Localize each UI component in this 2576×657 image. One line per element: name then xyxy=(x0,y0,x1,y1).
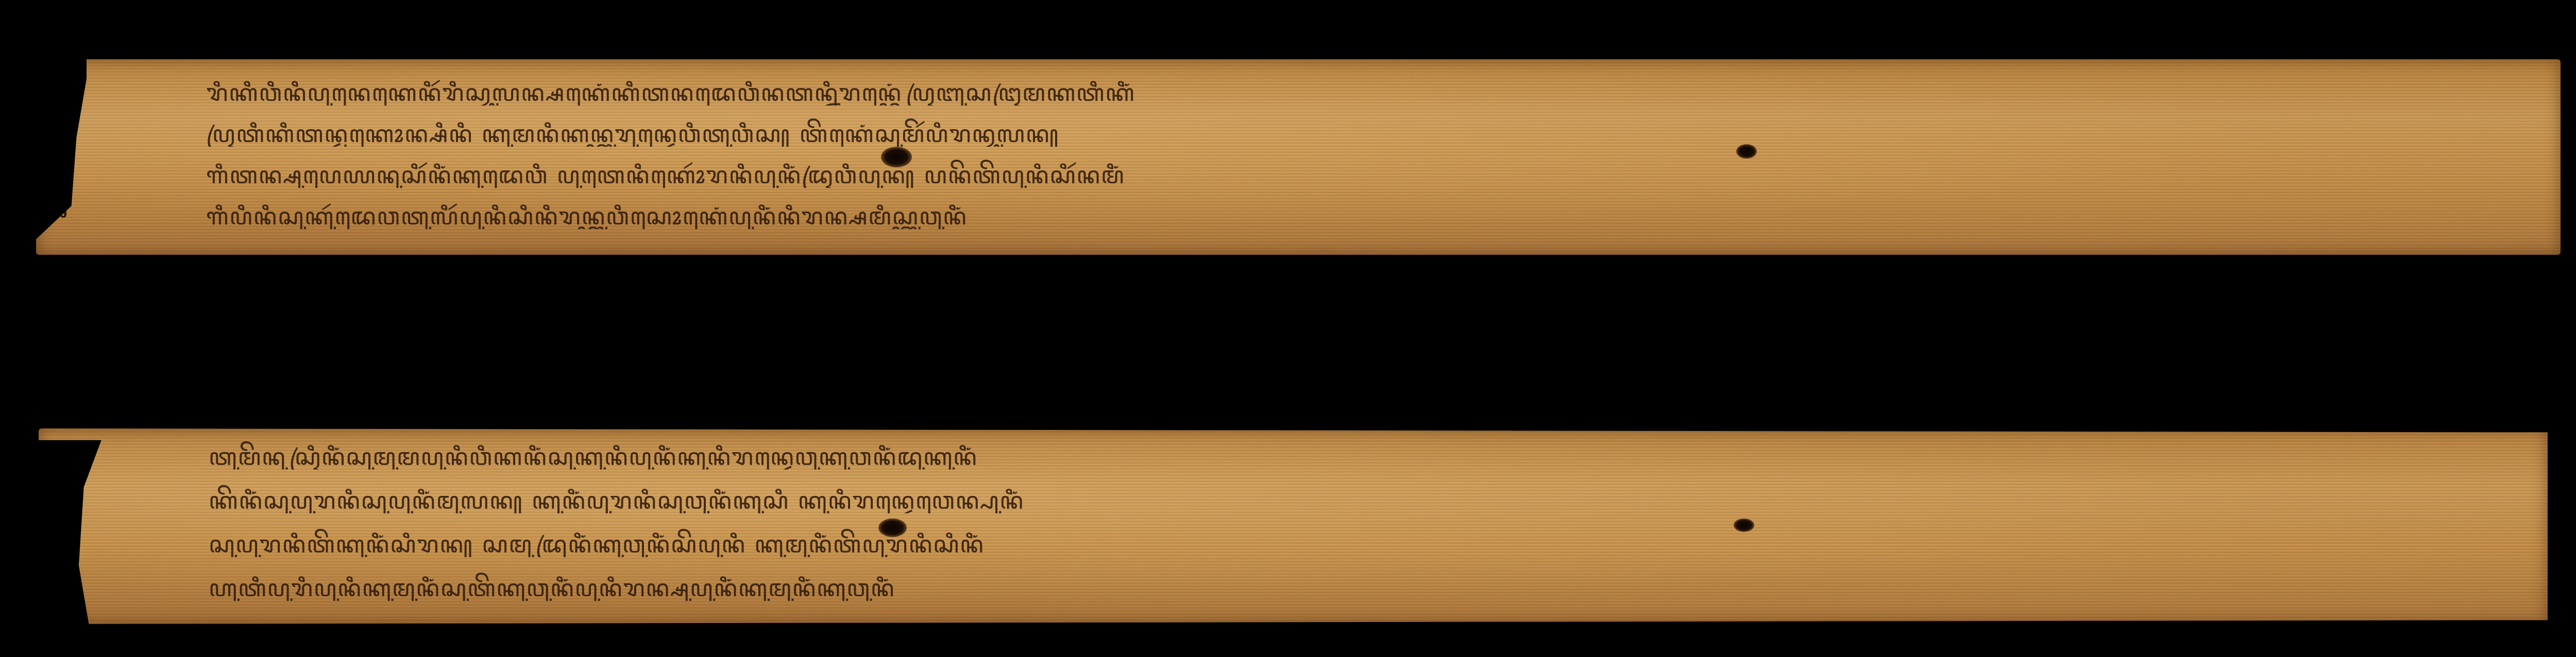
text-line-3: ꦱꦸꦥꦸꦫꦤꦶꦠꦼꦏꦸꦤꦶꦁꦱꦶꦫꦤ꧀ ꦱꦩꦸꦢꦿꦸꦤꦶꦁꦏꦸꦮꦸꦤꦶꦁꦱꦼꦥꦸ… xyxy=(209,526,2527,557)
binding-hole-right xyxy=(1736,144,1757,159)
page-marker: ៤ xyxy=(57,118,78,164)
text-line-2: ꦏꦼꦤꦶꦁꦱꦸꦥꦸꦫꦤꦶꦱꦸꦥꦸꦤꦶꦁꦩꦸꦭꦤ꧀ ꦏꦸꦤꦶꦁꦥꦸꦫꦤꦶꦱꦸꦮꦸꦤ… xyxy=(209,482,2527,513)
binding-hole-right xyxy=(1734,518,1754,532)
text-line-3: ꦒꦶꦠꦤ꧀ꦱꦸꦥꦺꦪꦤꦸꦱꦶꦂꦤꦶꦁꦏꦸꦢꦺꦮꦶ ꦥꦸꦠꦺꦤꦶꦏꦺꦴꦂꦫꦤꦶꦥꦸ… xyxy=(206,157,2545,188)
text-line-2: ꦥꦿꦠꦶꦏꦶꦠꦤ꧀ꦢꦸꦏꦺꦴꦤ꧀ꦱꦶꦤꦶ ꦏꦸꦩꦤꦶꦏꦤ꧀ꦏꦸꦫꦸꦤ꧀ꦢꦺꦮꦶꦠ… xyxy=(206,116,2545,147)
binding-hole-left xyxy=(881,147,912,167)
page-marker-secondary: ว xyxy=(52,183,69,232)
text-line-1: ꦫꦶꦏꦶꦮꦶꦤꦶꦥꦸꦤꦺꦏꦺꦤꦶꦂꦫꦶꦱ꧀ꦮꦸꦭꦤ꧀ꦱꦏꦺꦁꦏꦶꦠꦤꦢꦺꦮꦶꦤꦠ… xyxy=(206,75,2545,106)
text-line-4: ꦒꦶꦥꦶꦤꦶꦱꦸꦏꦸꦂꦢꦺꦮꦠꦸꦭꦶꦂꦥꦸꦤꦶꦱꦶꦤꦶꦫꦤ꧀ꦏꦸꦮꦶꦱꦺꦴꦏꦺꦁ… xyxy=(206,198,2545,229)
binding-hole-left xyxy=(878,518,907,537)
text-line-4: ꦲꦸꦠꦶꦥꦸꦫꦶꦥꦸꦤꦶꦏꦸꦩꦸꦤꦶꦁꦱꦸꦠꦼꦏꦸꦮꦸꦤꦶꦁꦥꦸꦤꦶꦫꦤ꧀ꦱꦸꦥ… xyxy=(209,570,2527,601)
palm-leaf-bottom: ꦠꦸꦩꦼꦤꦸꦱꦿꦶꦤꦶꦁꦱꦸꦩꦸꦩꦥꦸꦤꦶꦮꦶꦏꦤꦶꦁꦱꦸꦏꦸꦤꦶꦥꦸꦤꦶꦁꦏꦸ… xyxy=(39,428,2548,624)
text-line-1: ꦠꦸꦩꦼꦤꦸꦱꦿꦶꦤꦶꦁꦱꦸꦩꦸꦩꦥꦸꦤꦶꦮꦶꦏꦤꦶꦁꦱꦸꦏꦸꦤꦶꦥꦸꦤꦶꦁꦏꦸ… xyxy=(209,439,2527,470)
palm-leaf-top: ៤ ว ꦫꦶꦏꦶꦮꦶꦤꦶꦥꦸꦤꦺꦏꦺꦤꦶꦂꦫꦶꦱ꧀ꦮꦸꦭꦤ꧀ꦱꦏꦺꦁꦏꦶꦠꦤꦢꦺ… xyxy=(36,59,2561,255)
